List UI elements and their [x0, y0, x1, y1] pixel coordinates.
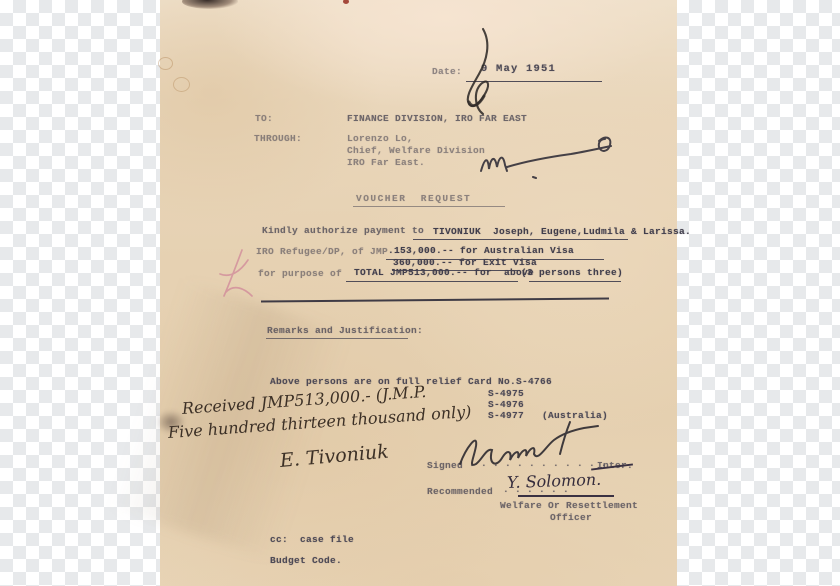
transparent-checkerboard-background: Date: 9 May 1951 TO: FINANCE DIVISION, I… [0, 0, 840, 586]
refugee-label: IRO Refugee/DP, of JMP [256, 247, 388, 257]
signature-signed-scribble [450, 420, 610, 472]
through-line-2: Chief, Welfare Division [347, 146, 485, 156]
officer-title-line-2: Officer [550, 513, 592, 523]
amount-line-1: .153,000.-- for Australian Visa [388, 246, 574, 256]
cc-line: cc: case file [270, 535, 354, 545]
scanned-document-page: Date: 9 May 1951 TO: FINANCE DIVISION, I… [160, 0, 677, 586]
to-label: TO: [255, 114, 273, 124]
card-number-2: S-4976 [488, 400, 524, 410]
document-title: VOUCHER REQUEST [356, 194, 471, 204]
purpose-note: (3 persons three) [521, 268, 623, 278]
ring-stain-2 [173, 77, 190, 92]
purpose-underline-2 [529, 281, 621, 282]
card-number-1: S-4975 [488, 389, 524, 399]
pen-flourish-over-date [453, 26, 505, 118]
ring-stain-1 [158, 57, 173, 70]
red-speck [343, 0, 349, 4]
purpose-label: for purpose of [258, 269, 342, 279]
signature-solomon: Y. Solomon. [507, 470, 602, 492]
ink-stain-top [182, 0, 238, 9]
budget-code-line: Budget Code. [270, 556, 342, 566]
purpose-value: TOTAL JMP513,000.-- for above [354, 268, 534, 278]
recommended-label: Recommended [427, 487, 493, 497]
signature-young-scribble [475, 135, 627, 187]
signature-tivoniuk: E. Tivoniuk [279, 441, 389, 472]
solomon-underline [518, 495, 614, 497]
remarks-heading: Remarks and Justification: [267, 326, 423, 336]
through-label: THROUGH: [254, 134, 302, 144]
officer-title-line-1: Welfare Or Resettlement [500, 501, 638, 511]
payee-names: TIVONIUK Joseph, Eugene,Ludmila & Lariss… [433, 227, 691, 237]
red-pencil-initials [212, 246, 260, 300]
remarks-underline [266, 338, 408, 339]
authorize-label: Kindly authorize payment to [262, 226, 424, 236]
through-line-1: Lorenzo Lo, [347, 134, 413, 144]
through-line-3: IRO Far East. [347, 158, 425, 168]
section-divider-rule [261, 297, 609, 302]
purpose-underline-1 [346, 281, 518, 282]
payee-underline [413, 239, 628, 240]
title-underline [353, 206, 505, 207]
